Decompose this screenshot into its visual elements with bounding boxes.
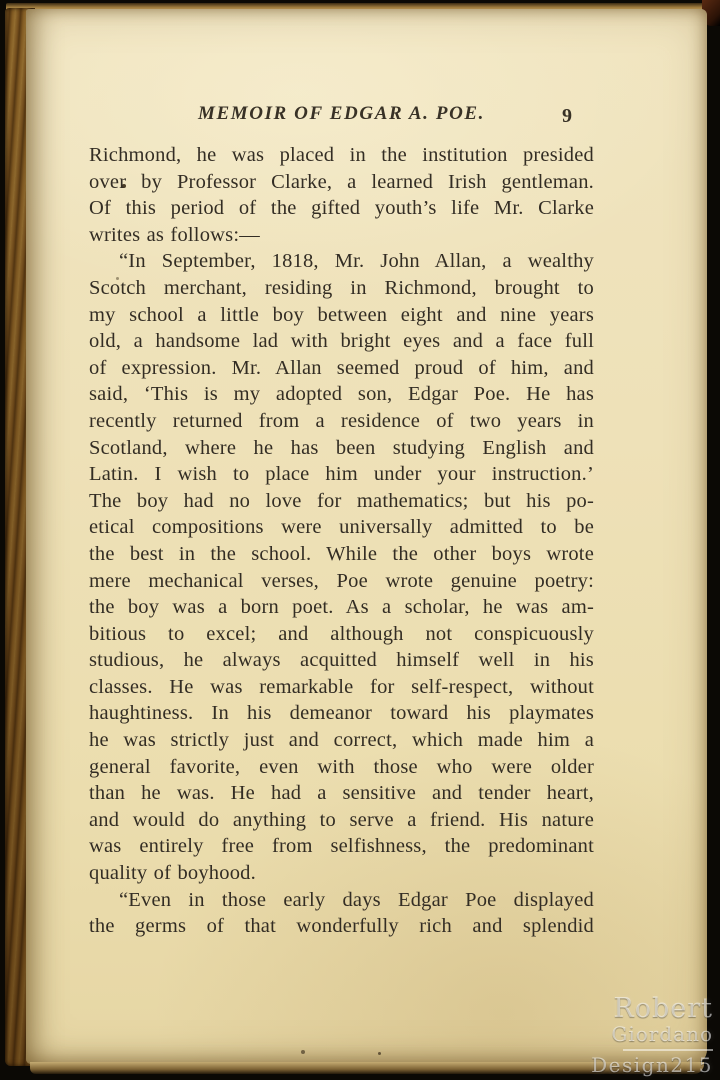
text-line: bitious to excel; and although not consp… <box>89 621 594 648</box>
book-scan: MEMOIR OF EDGAR A. POE. 9 Richmond, he w… <box>0 0 720 1080</box>
text-line: and would do anything to serve a friend.… <box>89 807 594 834</box>
watermark-first-name: Robert <box>563 995 713 1022</box>
text-line: Of this period of the gifted youth’s lif… <box>89 195 594 222</box>
photographer-watermark: Robert Giordano Design215 <box>563 995 713 1075</box>
text-line: general favorite, even with those who we… <box>89 754 594 781</box>
text-line: The boy had no love for mathematics; but… <box>89 488 594 515</box>
watermark-divider <box>623 1049 713 1051</box>
text-line: “In September, 1818, Mr. John Allan, a w… <box>89 248 594 275</box>
text-line: quality of boyhood. <box>89 860 594 887</box>
text-line: of expression. Mr. Allan seemed proud of… <box>89 355 594 382</box>
text-line: he was strictly just and correct, which … <box>89 727 594 754</box>
text-line: recently returned from a residence of tw… <box>89 408 594 435</box>
header-title: MEMOIR OF EDGAR A. POE. <box>89 103 594 125</box>
watermark-brand: Design215 <box>563 1055 713 1075</box>
text-line: studious, he always acquitted himself we… <box>89 647 594 674</box>
text-line: mere mechanical verses, Poe wrote genuin… <box>89 568 594 595</box>
text-line: Scotch merchant, residing in Richmond, b… <box>89 275 594 302</box>
text-line: etical compositions were universally adm… <box>89 514 594 541</box>
text-line: was entirely free from selfishness, the … <box>89 833 594 860</box>
text-line: the best in the school. While the other … <box>89 541 594 568</box>
ink-speck <box>378 1052 381 1055</box>
ink-speck <box>301 1050 305 1054</box>
text-line: over by Professor Clarke, a learned Iris… <box>89 169 594 196</box>
page-text: Richmond, he was placed in the instituti… <box>89 142 594 940</box>
text-line: than he was. He had a sensitive and tend… <box>89 780 594 807</box>
text-line: haughtiness. In his demeanor toward his … <box>89 700 594 727</box>
text-line: “Even in those early days Edgar Poe disp… <box>89 887 594 914</box>
text-line: old, a handsome lad with bright eyes and… <box>89 328 594 355</box>
text-line: writes as follows:— <box>89 222 594 249</box>
text-line: the boy was a born poet. As a scholar, h… <box>89 594 594 621</box>
text-line: my school a little boy between eight and… <box>89 302 594 329</box>
text-line: classes. He was remarkable for self-resp… <box>89 674 594 701</box>
text-line: Scotland, where he has been studying Eng… <box>89 435 594 462</box>
running-header: MEMOIR OF EDGAR A. POE. 9 <box>89 103 594 133</box>
text-line: Richmond, he was placed in the instituti… <box>89 142 594 169</box>
text-line: the germs of that wonderfully rich and s… <box>89 913 594 940</box>
page-number: 9 <box>562 105 572 128</box>
text-line: Latin. I wish to place him under your in… <box>89 461 594 488</box>
text-line: said, ‘This is my adopted son, Edgar Poe… <box>89 381 594 408</box>
watermark-last-name: Giordano <box>563 1024 713 1044</box>
